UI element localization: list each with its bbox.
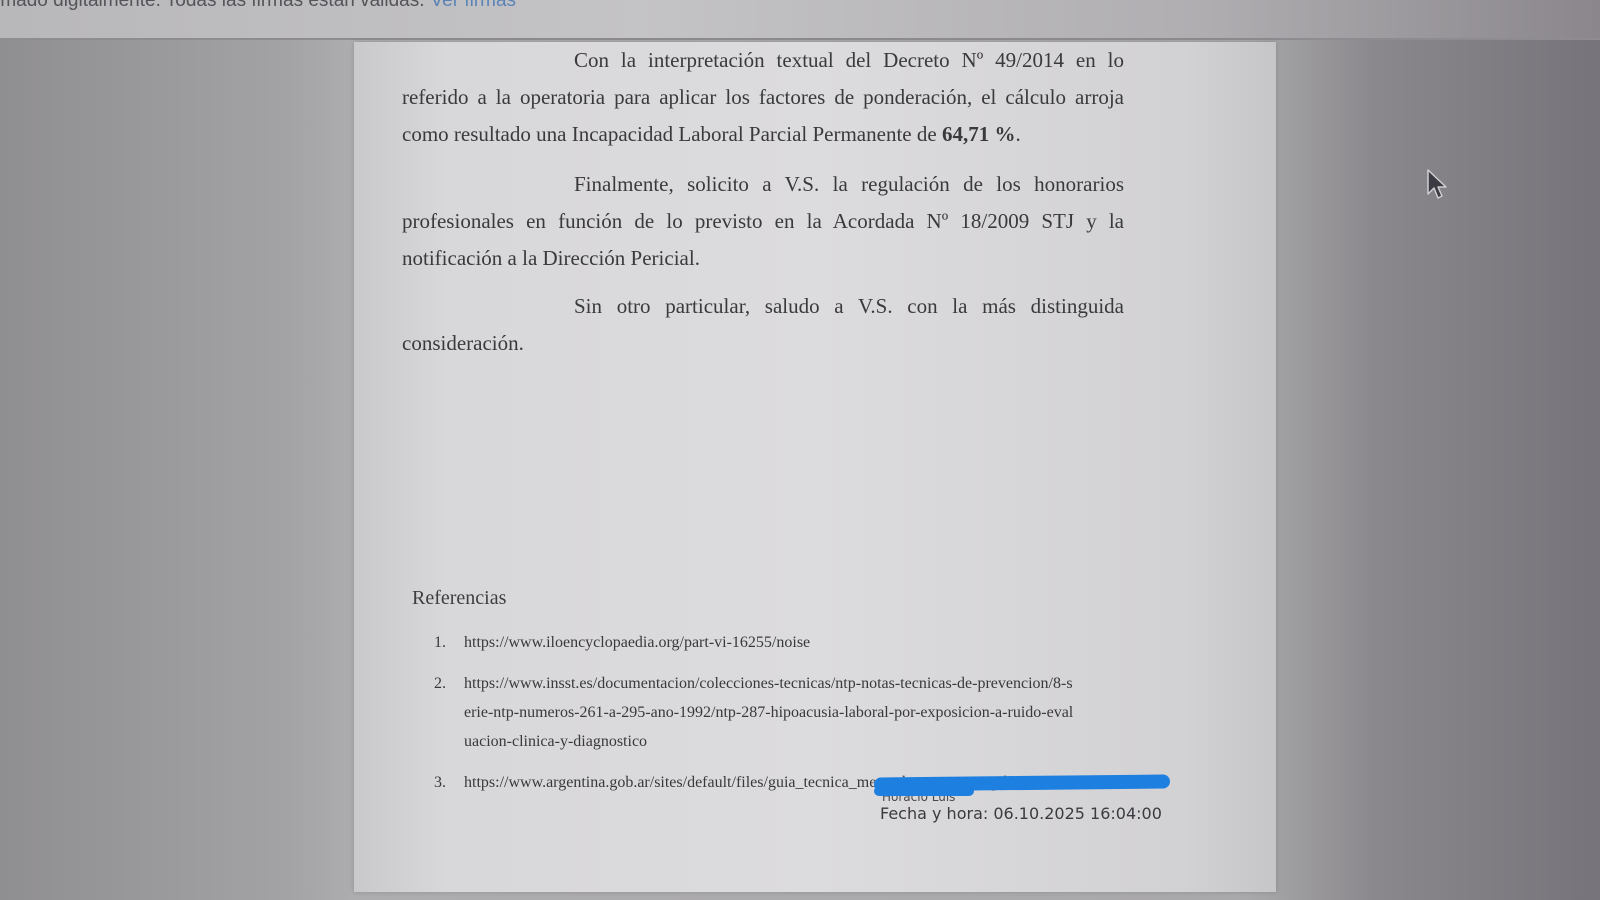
paragraph-closing: Sin otro particular, saludo a V.S. con l… (402, 288, 1124, 362)
document-page: Con la interpretación textual del Decret… (354, 42, 1276, 892)
paragraph-calculation: Con la interpretación textual del Decret… (402, 42, 1124, 153)
signature-status-text: rmado digitalmente. Todas las firmas est… (0, 0, 425, 11)
paragraph-text-end: . (1015, 122, 1020, 146)
reference-url[interactable]: https://www.iloencyclopaedia.org/part-vi… (464, 634, 810, 651)
paragraph-text: Sin otro particular, saludo a V.S. con l… (402, 294, 1124, 355)
reference-number: 2. (434, 669, 446, 698)
reference-item: 2. https://www.insst.es/documentacion/co… (434, 669, 1074, 756)
paragraph-fees-request: Finalmente, solicito a V.S. la regulació… (402, 166, 1124, 277)
reference-number: 3. (434, 768, 446, 797)
reference-url[interactable]: https://www.insst.es/documentacion/colec… (464, 675, 1073, 750)
redaction-mark (874, 786, 974, 796)
signature-banner: rmado digitalmente. Todas las firmas est… (0, 0, 1600, 40)
reference-number: 1. (434, 628, 446, 657)
references-heading: Referencias (412, 587, 506, 610)
incapacity-percentage: 64,71 % (942, 122, 1016, 146)
reference-item: 1. https://www.iloencyclopaedia.org/part… (434, 628, 1074, 657)
pdf-viewer[interactable]: Con la interpretación textual del Decret… (0, 40, 1600, 900)
mouse-cursor-icon (1426, 168, 1448, 204)
paragraph-text: Finalmente, solicito a V.S. la regulació… (402, 172, 1124, 270)
signature-timestamp: Fecha y hora: 06.10.2025 16:04:00 (880, 804, 1162, 823)
signature-status: rmado digitalmente. Todas las firmas est… (0, 0, 516, 12)
view-signatures-link[interactable]: Ver firmas (431, 0, 517, 11)
